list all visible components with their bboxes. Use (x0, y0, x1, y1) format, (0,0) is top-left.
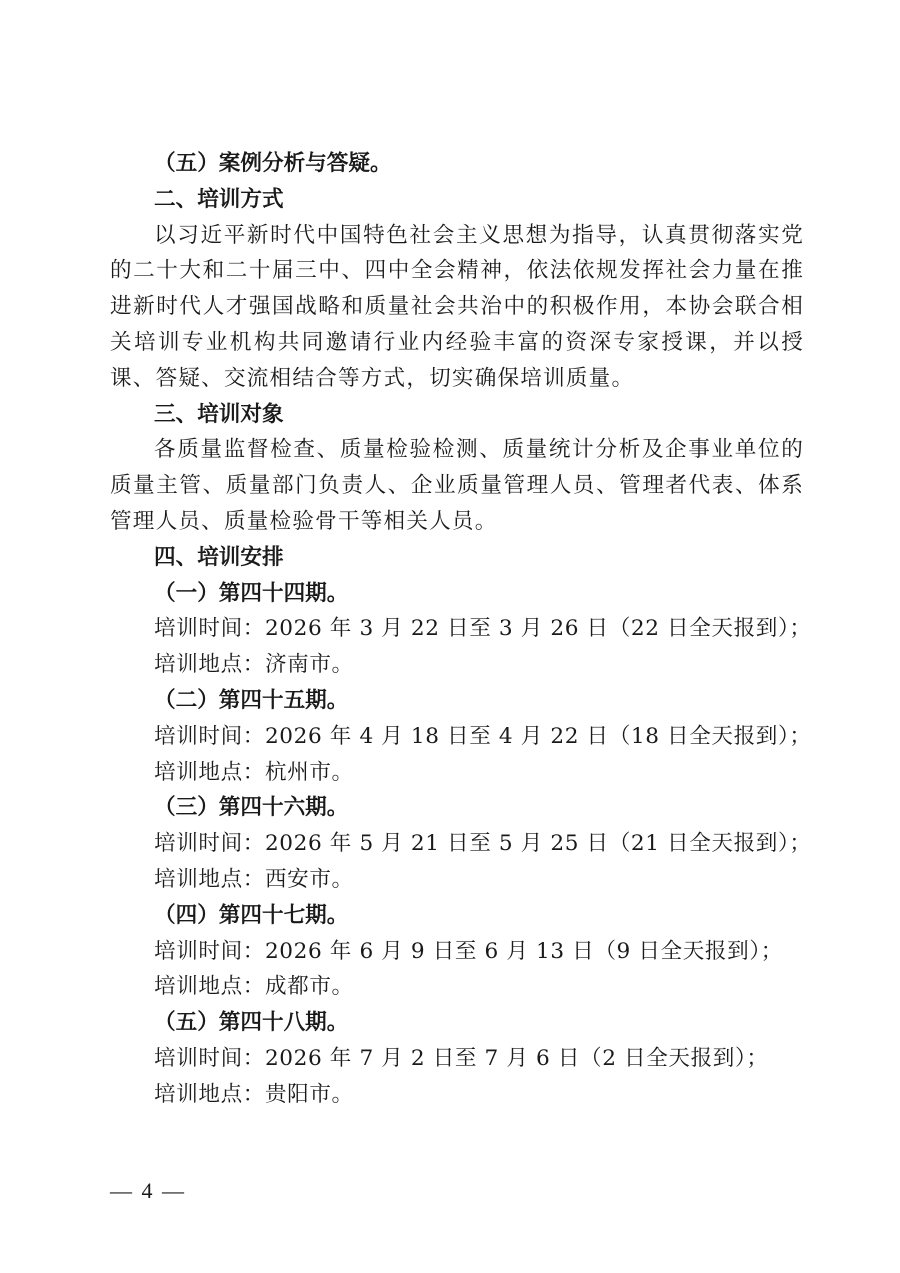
heading-training-method: 二、培训方式 (110, 182, 804, 218)
paragraph-training-audience: 各质量监督检查、质量检验检测、质量统计分析及企事业单位的质量主管、质量部门负责人… (110, 432, 804, 539)
document-body: （五）案例分析与答疑。 二、培训方式 以习近平新时代中国特色社会主义思想为指导，… (110, 146, 804, 1113)
session-title: （三）第四十六期。 (110, 790, 804, 826)
heading-training-schedule: 四、培训安排 (110, 540, 804, 576)
session-time: 培训时间：2026 年 5 月 21 日至 5 月 25 日（21 日全天报到）… (110, 826, 804, 862)
session-time: 培训时间：2026 年 4 月 18 日至 4 月 22 日（18 日全天报到）… (110, 719, 804, 755)
session-place: 培训地点：西安市。 (110, 862, 804, 898)
session-time: 培训时间：2026 年 7 月 2 日至 7 月 6 日（2 日全天报到）； (110, 1041, 804, 1077)
page-number: — 4 — (110, 1178, 186, 1204)
session-time: 培训时间：2026 年 6 月 9 日至 6 月 13 日（9 日全天报到）； (110, 934, 804, 970)
session-place: 培训地点：成都市。 (110, 969, 804, 1005)
paragraph-training-method: 以习近平新时代中国特色社会主义思想为指导，认真贯彻落实党的二十大和二十届三中、四… (110, 218, 804, 397)
subheading-case-analysis: （五）案例分析与答疑。 (110, 146, 804, 182)
session-46: （三）第四十六期。 培训时间：2026 年 5 月 21 日至 5 月 25 日… (110, 790, 804, 897)
session-title: （二）第四十五期。 (110, 683, 804, 719)
session-place: 培训地点：济南市。 (110, 647, 804, 683)
session-title: （四）第四十七期。 (110, 898, 804, 934)
session-45: （二）第四十五期。 培训时间：2026 年 4 月 18 日至 4 月 22 日… (110, 683, 804, 790)
session-time: 培训时间：2026 年 3 月 22 日至 3 月 26 日（22 日全天报到）… (110, 611, 804, 647)
heading-training-audience: 三、培训对象 (110, 397, 804, 433)
session-title: （一）第四十四期。 (110, 576, 804, 612)
session-44: （一）第四十四期。 培训时间：2026 年 3 月 22 日至 3 月 26 日… (110, 576, 804, 683)
session-place: 培训地点：杭州市。 (110, 755, 804, 791)
document-page: （五）案例分析与答疑。 二、培训方式 以习近平新时代中国特色社会主义思想为指导，… (0, 0, 900, 1273)
session-48: （五）第四十八期。 培训时间：2026 年 7 月 2 日至 7 月 6 日（2… (110, 1005, 804, 1112)
session-place: 培训地点：贵阳市。 (110, 1077, 804, 1113)
session-47: （四）第四十七期。 培训时间：2026 年 6 月 9 日至 6 月 13 日（… (110, 898, 804, 1005)
session-title: （五）第四十八期。 (110, 1005, 804, 1041)
